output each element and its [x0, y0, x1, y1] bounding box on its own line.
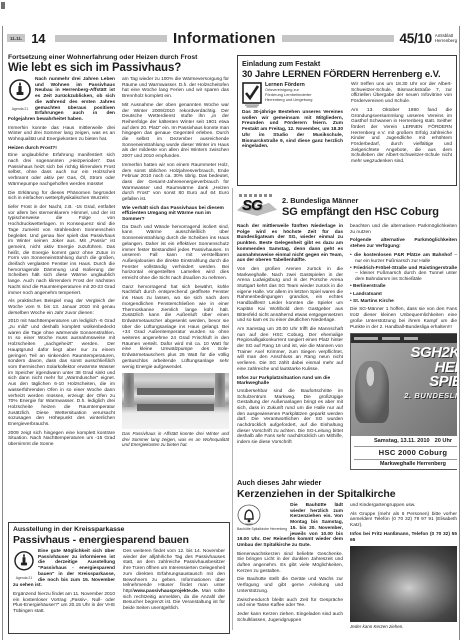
- poster-time: 20 Uhr: [435, 438, 452, 444]
- parking-option: Friedrich-Fröbel-Straße und Raistingerst…: [350, 266, 457, 283]
- kerzen-paragraph: Als Gruppe (mehr als 6 Personen) bitte v…: [350, 512, 457, 529]
- passivhaus-paragraph: tiefer Frost in der Nacht, z.B. -15 Grad…: [8, 205, 115, 296]
- page-number: 14: [31, 31, 45, 46]
- sg-paragraph: beachten und die alternativen Parkmöglic…: [350, 224, 457, 235]
- sg-lead: Nach der mittlerweile fünften Niederlage…: [237, 224, 343, 264]
- agenda21-logo-caption: Agenda 21: [13, 577, 35, 580]
- sg-match-poster: SGH2KU HEIM SPIEL 2. BUNDESLIGA Samstag,…: [350, 333, 457, 470]
- parking-option: Berlinerstraße: [350, 284, 457, 290]
- lernen-foerdern-logo-text: Lernen Fördern Ortsvereinigung zur Förde…: [265, 82, 312, 108]
- parking-option: Landratsamt: [350, 292, 457, 298]
- kerzen-paragraph: und Kindergartengruppen usw.: [350, 503, 457, 509]
- sg-paragraph: Die SG-Männer 1 hoffen, dass sie von den…: [350, 307, 457, 330]
- photo-window-band: [137, 404, 214, 411]
- sg-headline: SG empfängt den HSC Coburg: [282, 206, 439, 218]
- photo-tree: [215, 373, 225, 407]
- passivhaus-paragraph: Immerhin konnte das Haus mittlerweile dr…: [8, 126, 115, 143]
- sg-logo-letters: SG: [242, 197, 262, 214]
- festakt-column-2: Wir treffen uns um 18.30 Uhr vor der Alb…: [351, 82, 452, 168]
- passivhaus-paragraph: Eine unglaubliche Erfahrung manifestiert…: [8, 153, 115, 187]
- article-passivhaus: Fortsetzung einer Wohnerfahrung oder Hei…: [8, 54, 230, 521]
- agenda21-logo: Agenda 21: [8, 78, 32, 111]
- page-title: Informationen: [173, 30, 276, 47]
- passivhaus-kicker: Fortsetzung einer Wohnerfahrung oder Hei…: [8, 54, 230, 61]
- sg-column-2: beachten und die alternativen Parkmöglic…: [350, 224, 457, 470]
- ausstellung-paragraph: Des weiteren findet vom 12. bis 14. Nove…: [123, 549, 225, 612]
- right-column: Einladung zum Festakt 30 Jahre LERNEN FÖ…: [237, 55, 457, 634]
- parking-option-name: Friedrich-Fröbel-Straße und Raistingerst…: [353, 266, 457, 271]
- box-ausstellung: Ausstellung in der Kreissparkasse Passiv…: [8, 522, 230, 634]
- passivhaus-photo-caption: Das Passivhaus in Affstätt konnte drei W…: [122, 431, 229, 447]
- ausstellung-text: Des weiteren findet vom 12. bis 14. Nove…: [123, 549, 225, 594]
- festakt-paragraph: Am 13. Oktober 1980 fand die Gründungsve…: [351, 108, 452, 165]
- kerzen-paragraph: Zwischendurch bleibt auch Zeit für Gespr…: [237, 598, 343, 609]
- sg-column-1: Nach der mittlerweile fünften Niederlage…: [237, 224, 343, 470]
- poster-strip-text-blur: [404, 337, 418, 340]
- passivhaus-paragraph: 2010 mit Nachttemperaturen um lediglich …: [8, 319, 115, 427]
- ausstellung-kicker: Ausstellung in der Kreissparkasse: [13, 526, 225, 533]
- poster-date: Samstag, 13.11. 2010: [374, 438, 430, 444]
- poster-strip-text-blur: [382, 337, 400, 340]
- passivhaus-paragraph: Da Dach und Wände hervorragend isoliert …: [122, 225, 229, 282]
- publication-line2: Herrenberg: [435, 38, 457, 44]
- parking-option-name: die kostenlosen P&R Plätze am Bahnhof: [354, 253, 452, 258]
- box-festakt: Einladung zum Festakt 30 Jahre LERNEN FÖ…: [237, 55, 457, 186]
- sg-paragraph: Von den großen Arenen zurück in die Mark…: [237, 267, 343, 324]
- passivhaus-paragraph: Als praktisches Beispiel mag der Verglei…: [8, 299, 115, 316]
- kerzen-paragraph: Jeder kann Kerzen ziehen. Eingeladen sin…: [237, 612, 343, 623]
- festakt-lead: Das 30-jährige Bestehen unseres Vereines…: [242, 110, 343, 150]
- passivhaus-paragraph: 2009 zeigt sich hingegen eine komplett k…: [8, 431, 115, 448]
- photo-tree: [124, 373, 134, 407]
- agenda21-logo: Agenda 21: [13, 550, 35, 580]
- sg-parking-list: die kostenlosen P&R Plätze am Bahnhof – …: [350, 253, 457, 305]
- passivhaus-paragraph: am Tag wieder zu 100% die Wärmeversorgun…: [122, 77, 229, 100]
- photo-window-band: [137, 388, 214, 395]
- passivhaus-paragraph: Ganz hervorragend hat sich bewährt, kühl…: [122, 285, 229, 371]
- parking-option-name: St. Martins Kirche: [353, 299, 394, 304]
- poster-line-3: SPIEL: [353, 375, 457, 389]
- parking-option-name: Berlinerstraße: [353, 284, 386, 289]
- passivhaus-paragraph: Immerhin hatten wir von einem Raummeter …: [122, 163, 229, 203]
- parking-option: St. Martins Kirche: [350, 299, 457, 305]
- publication-name: Amtsblatt Herrenberg: [435, 33, 457, 44]
- sg-kicker: 2. Bundesliga Männer: [282, 196, 439, 205]
- passivhaus-photo: [122, 373, 229, 429]
- agenda21-logo-caption: Agenda 21: [8, 108, 32, 111]
- sg-club-logo: SG: [237, 194, 277, 220]
- sg-subhead-parking: Infos zur Parkplatzsituation rund um die…: [237, 376, 343, 387]
- bauhuette-logo-caption: Bauhütte Spitalkirche Herrenberg: [237, 528, 287, 531]
- issue-number: 45/10: [400, 31, 432, 46]
- kerzen-column-1: Bauhütte Spitalkirche Herrenberg Die Bau…: [237, 503, 343, 634]
- festakt-column-1: Lernen Fördern Ortsvereinigung zur Förde…: [242, 82, 343, 168]
- kerzen-photo-caption: Jeder kann Kerzen ziehen.: [350, 624, 457, 629]
- sg-parking-intro: Folgende alternative Parkmöglichkeiten s…: [350, 238, 457, 249]
- poster-league-banner: 2. BUNDESLIGA: [353, 391, 457, 400]
- passivhaus-paragraph: Mit Ausnahme der oben genannten Woche wa…: [122, 103, 229, 160]
- header-rule-right: [282, 35, 394, 42]
- passivhaus-subhead-2: Wie verhält sich das Passivhaus bei dies…: [122, 206, 229, 223]
- ausstellung-column-2: Des weiteren findet vom 12. bis 14. Nove…: [123, 549, 225, 618]
- festakt-kicker: Einladung zum Festakt: [242, 59, 452, 68]
- kerzen-contact: Infos bei Fritz Hanßmann, Telefon (0 70 …: [350, 532, 457, 543]
- lernen-foerdern-logo: [242, 82, 262, 108]
- kerzen-headline: Kerzenziehen in der Spitalkirche: [237, 488, 457, 500]
- parking-option: die kostenlosen P&R Plätze am Bahnhof – …: [350, 253, 457, 264]
- poster-strip-text-blur: [354, 337, 378, 340]
- passivhaus-subhead-1: Heizen durch Frost?!: [8, 146, 115, 152]
- kerzen-photo: [350, 546, 457, 622]
- festakt-paragraph: Wir treffen uns um 18.30 Uhr vor der Alb…: [351, 82, 452, 105]
- kerzen-column-2: und Kindergartengruppen usw. Als Gruppe …: [350, 503, 457, 634]
- page-edge-left: [2, 26, 3, 640]
- poster-top-strip: [351, 334, 457, 343]
- festakt-headline: 30 Jahre LERNEN FÖRDERN Herrenberg e.V.: [242, 69, 452, 80]
- ausstellung-headline: Passivhaus - energiesparend bauen: [13, 534, 225, 546]
- kerzen-kicker: Auch dieses Jahr wieder: [237, 478, 457, 487]
- column-divider: [232, 188, 233, 630]
- ausstellung-column-1: Agenda 21 Eine gute Möglichkeit sich übe…: [13, 549, 115, 618]
- poster-photo: SGH2KU HEIM SPIEL 2. BUNDESLIGA: [351, 343, 457, 436]
- passivhaus-paragraph: Die Erklärung für dieses Phänomen begrün…: [8, 191, 115, 202]
- kerzen-paragraph: Bienenwachskerzen sind beliebte Geschenk…: [237, 552, 343, 575]
- poster-venue: Markweghalle Herrenberg: [354, 459, 457, 468]
- article-kerzenziehen: Auch dieses Jahr wieder Kerzenziehen in …: [237, 478, 457, 634]
- passivhaus-column-1: Agenda 21 Nach nunmehr drei Jahren Leben…: [8, 77, 115, 452]
- parking-option-name: Landratsamt: [353, 292, 382, 297]
- header-rule-left: [55, 35, 167, 42]
- passivhaus-headline: Wie lebt es sich im Passivhaus?: [8, 62, 230, 74]
- poster-opponent: HSC 2000 Coburg: [354, 446, 457, 458]
- parking-option-detail: – kleiner Fußmarsch durch den Tunnel unt…: [355, 271, 457, 282]
- logo-subline: Herrenberg und Umgebung: [265, 98, 312, 103]
- article-sg-handball: SG 2. Bundesliga Männer SG empfängt den …: [237, 194, 457, 474]
- page-header: 11.11. 14 Informationen 45/10 Amtsblatt …: [7, 28, 457, 48]
- ausstellung-paragraph: Ergänzend hierzu findet am 11. November …: [13, 592, 115, 615]
- date-chip: 11.11.: [7, 34, 25, 42]
- page-edge-right: [459, 26, 460, 640]
- passivhaus-column-2: am Tag wieder zu 100% die Wärmeversorgun…: [122, 77, 229, 452]
- kerzen-paragraph: Die Bauhütte stellt die Geräte und Wachs…: [237, 577, 343, 594]
- scan-artifact: [1, 2, 5, 9]
- poster-footer: Samstag, 13.11. 201020 Uhr HSC 2000 Cobu…: [351, 436, 457, 469]
- bauhuette-logo: Bauhütte Spitalkirche Herrenberg: [237, 504, 287, 531]
- sg-paragraph: Am Samstag um 20.00 Uhr trifft die Manns…: [237, 327, 343, 373]
- ausstellung-url: www.passivhausprojekte.de.: [134, 589, 199, 594]
- sg-paragraph: Unübersehbar sind die Baufortschritte im…: [237, 389, 343, 446]
